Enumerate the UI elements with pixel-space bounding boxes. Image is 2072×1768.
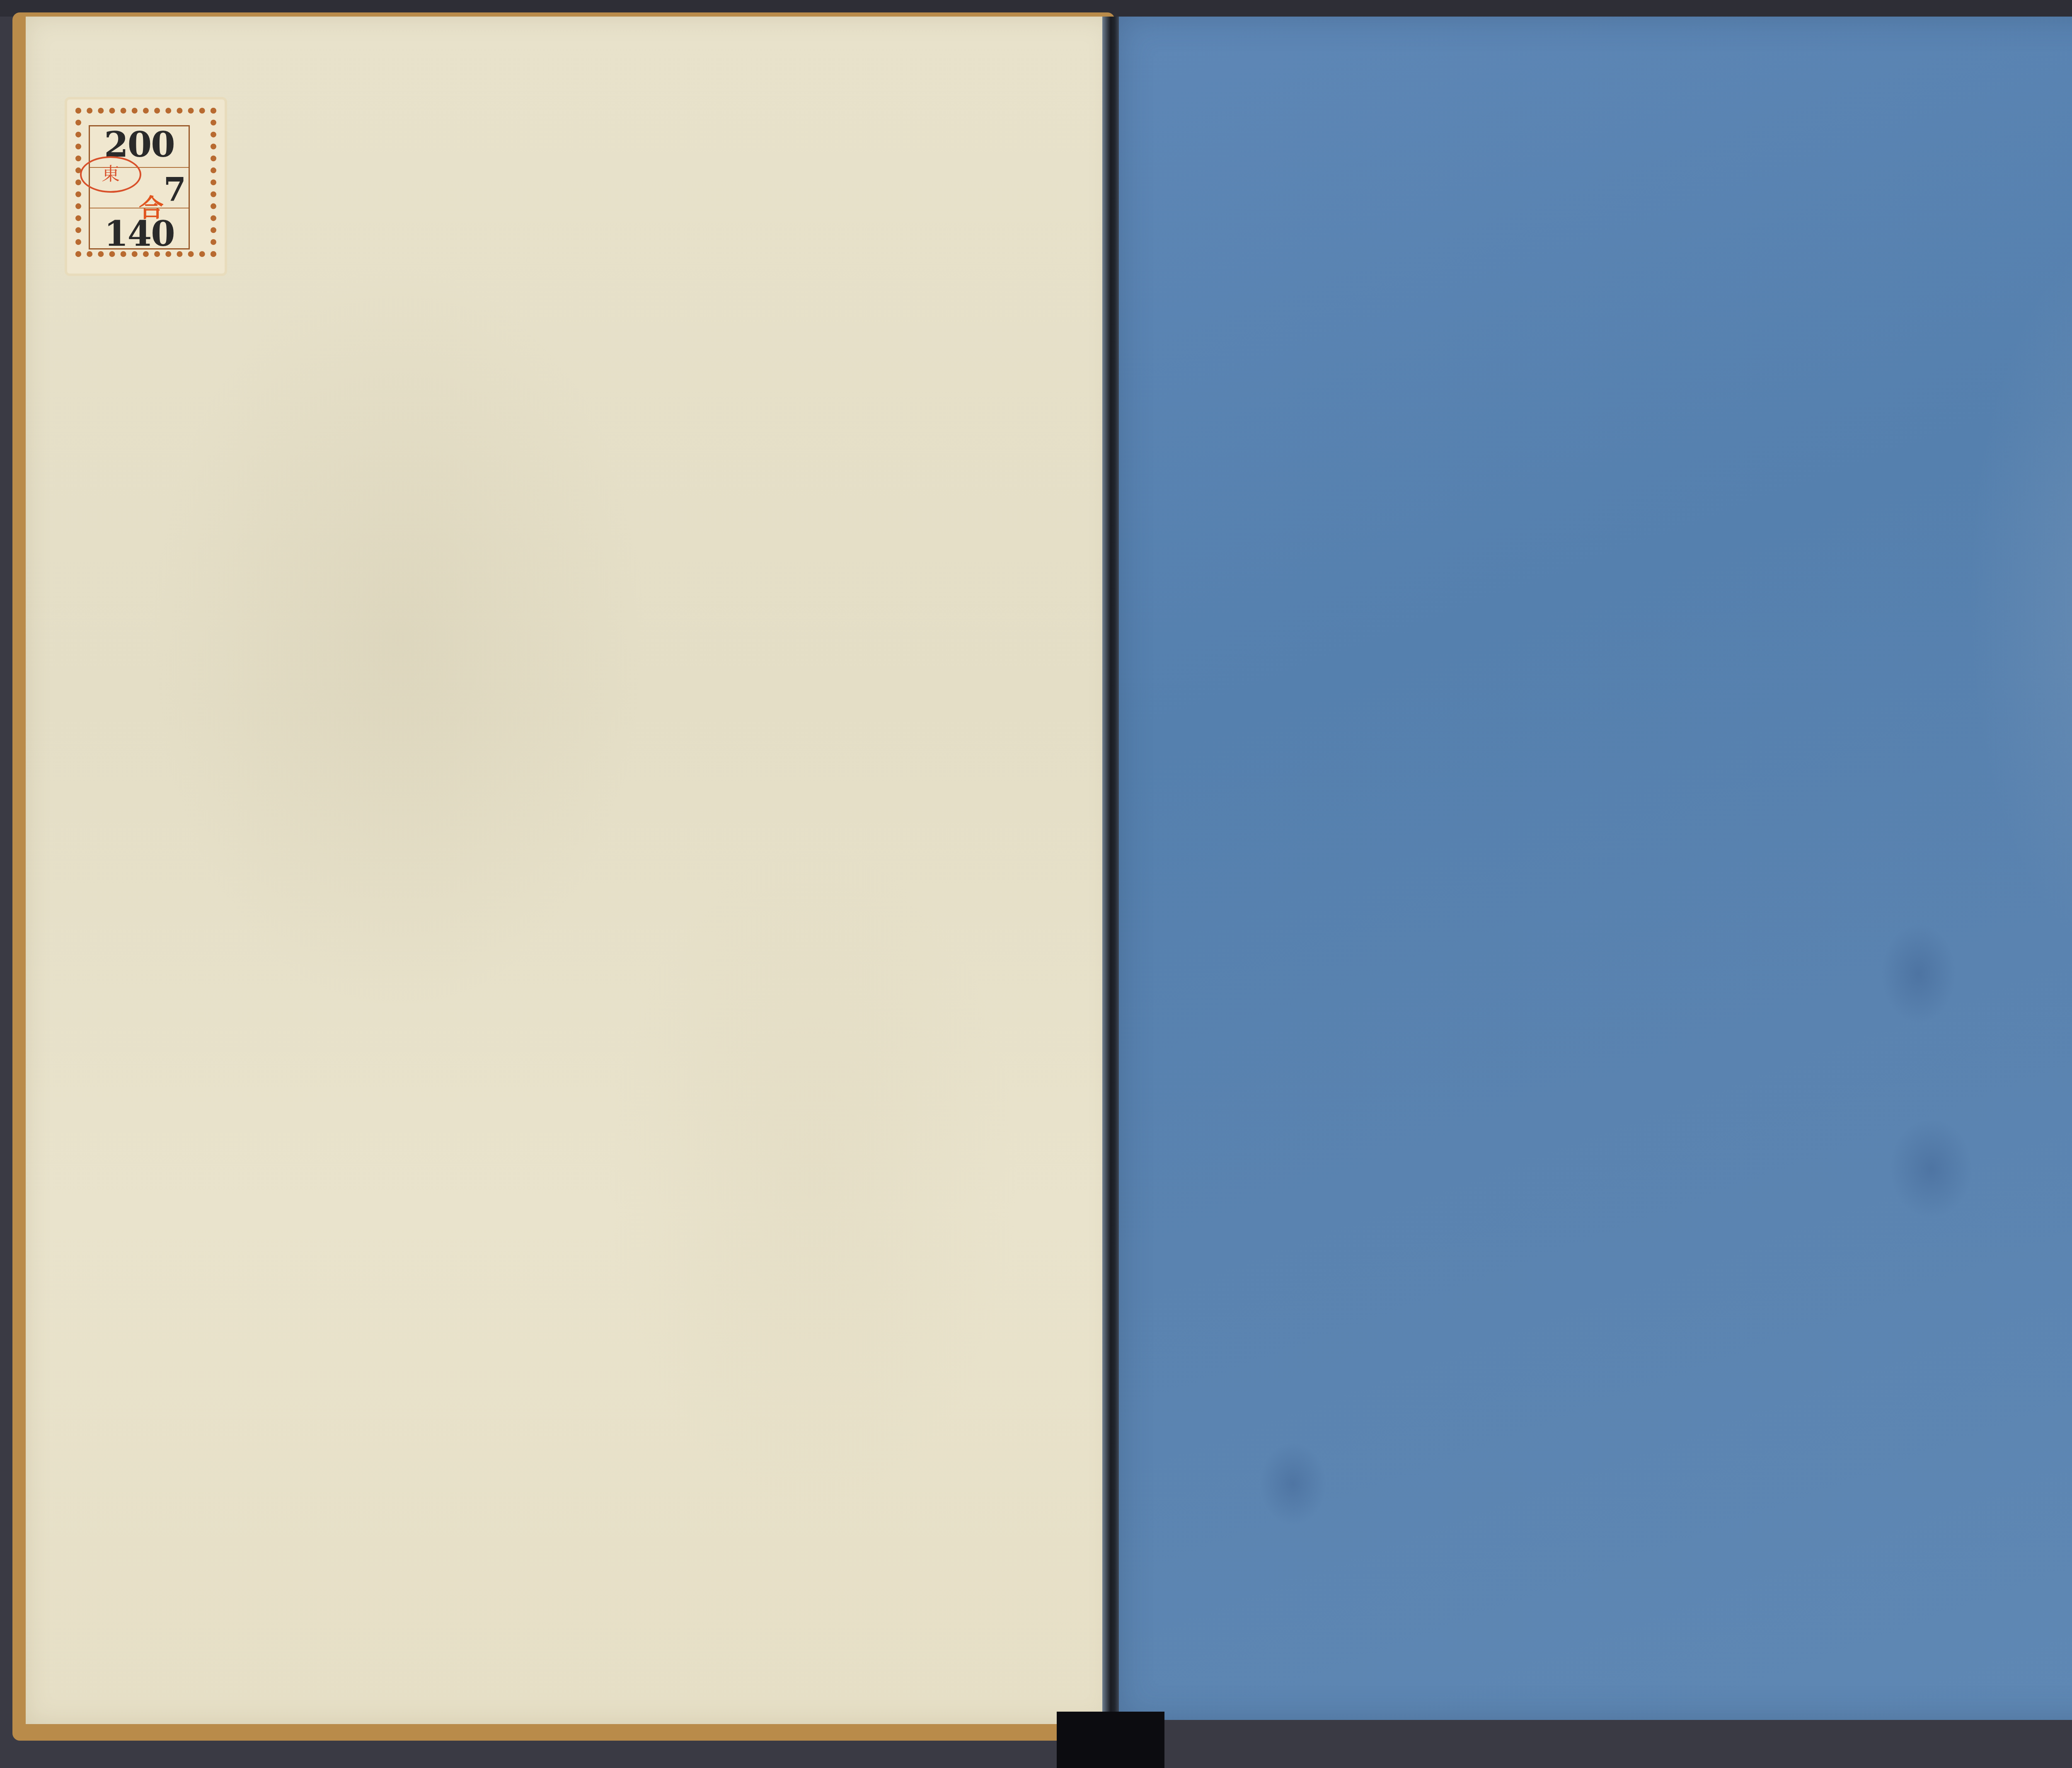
seal-text: 東 bbox=[102, 164, 120, 185]
red-oval-seal: 東 bbox=[80, 156, 141, 193]
label-frame: 200 7 東 合 140 bbox=[89, 125, 190, 249]
left-endpaper: 200 7 東 合 140 bbox=[26, 17, 1113, 1724]
scan-background-spine-shadow bbox=[1057, 1712, 1164, 1768]
label-middle-number: 7 bbox=[164, 171, 186, 209]
library-label: 200 7 東 合 140 bbox=[67, 99, 225, 274]
right-blue-cover bbox=[1119, 17, 2072, 1720]
label-bottom-number: 140 bbox=[90, 213, 189, 254]
